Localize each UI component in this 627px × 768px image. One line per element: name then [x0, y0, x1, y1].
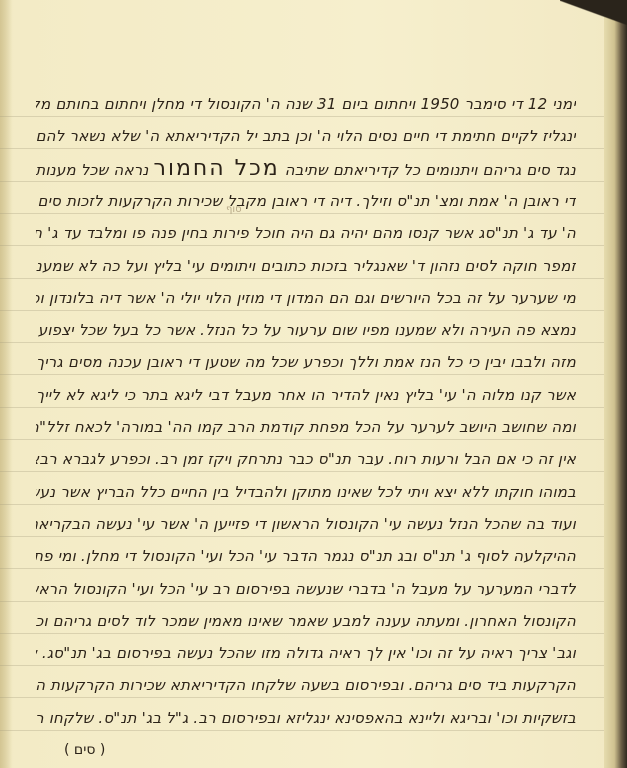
text-line-3: נגד סים גריהם ויתנומים כל קדיריאתם שתיבה…: [36, 159, 576, 180]
ruled-line: [0, 536, 604, 537]
ruled-line: [0, 730, 604, 731]
text-line-7: מי שערער על זה בכל היורשים וגם הם המדון …: [36, 288, 576, 308]
text-line-12: אין זה כי אם הבל ורעות רוח. עבר תנ"ס כבר…: [36, 449, 576, 469]
manuscript-page: סוף ימני 12 די סימבר 1950 ויחתום ביום 31…: [0, 0, 614, 768]
ruled-line: [0, 407, 604, 408]
ruled-line: [0, 245, 604, 246]
ruled-line: [0, 697, 604, 698]
ruled-line: [0, 439, 604, 440]
closing-signature: ( סים ): [64, 742, 105, 758]
page-corner-shadow: [560, 0, 627, 40]
ruled-line: [0, 374, 604, 375]
text-line-18: וגב' צריך ראיה על זה וכו' אין לך ראיה גד…: [36, 643, 576, 663]
ruled-line: [0, 568, 604, 569]
ruled-line: [0, 116, 604, 117]
ruled-line: [0, 148, 604, 149]
text-line-10: אשר קנו מלוה ה' עי' בליץ נאין להדיר הו א…: [36, 385, 576, 405]
text-line-6: זמפר חוקה לסים נזהון ד' שאנגליר בזכות כת…: [36, 256, 576, 276]
ruled-line: [0, 342, 604, 343]
text-line-14: ועוד בה שהכל הנזל נעשה עי' הקונסול הראשו…: [36, 514, 576, 534]
emphasized-heading-phrase: מכל החמור: [154, 159, 280, 180]
text-line-11: ומה שחושב היושב לערער על הכל מפחת קודמת …: [36, 417, 576, 437]
text-line-19: הקרקעות ביד סים גריהם. ובפירסום בשעה שלק…: [36, 675, 576, 695]
text-line-2: ינגליז לקיים חתימת די חיים נסים הלוי ה' …: [36, 126, 576, 146]
text-line-15: ההיקלעה לסוף ג' תנ"ס ובג תנ"ס נגמר הדבר …: [36, 546, 576, 566]
text-line-8: נמצא פה העירה ולא שמענו מפיו שום ערעור ע…: [36, 320, 576, 340]
page-edge: [604, 0, 627, 768]
text-line-1: ימני 12 די סימבר 1950 ויחתום ביום 31 שנה…: [36, 94, 576, 114]
ruled-line: [0, 310, 604, 311]
ruled-line: [0, 181, 604, 182]
ruled-line: [0, 278, 604, 279]
text-line-4: די ראובן ה' אמת ומצ' תנ"ס וזילך. דיה די …: [36, 191, 576, 211]
ruled-line: [0, 665, 604, 666]
text-line-13: במוהו חוקתו ללא יצא ויתי לכל שאינו מתוקן…: [36, 482, 576, 502]
ruled-line: [0, 504, 604, 505]
ruled-line: [0, 213, 604, 214]
text-line-5: ה' עד ג' תנ"סג אשר קנסו מהם יהיה גם היה …: [36, 223, 576, 243]
text-line-20: בזשקיות וכו' ובריגא וליינא בהאפסינא ינגל…: [36, 708, 576, 728]
text-line-16: לדברי המערער על מעבל ה' בדברי שנעשה בפיר…: [36, 579, 576, 599]
ruled-line: [0, 471, 604, 472]
text-line-17: הקונסול האחרון. ומעתה עענה למבע שאמר שאי…: [36, 611, 576, 631]
text-line-9: מזה ולבבו יבין כי כל הנז אמת וללך וכפרע …: [36, 352, 576, 372]
ruled-line: [0, 601, 604, 602]
ruled-line: [0, 633, 604, 634]
